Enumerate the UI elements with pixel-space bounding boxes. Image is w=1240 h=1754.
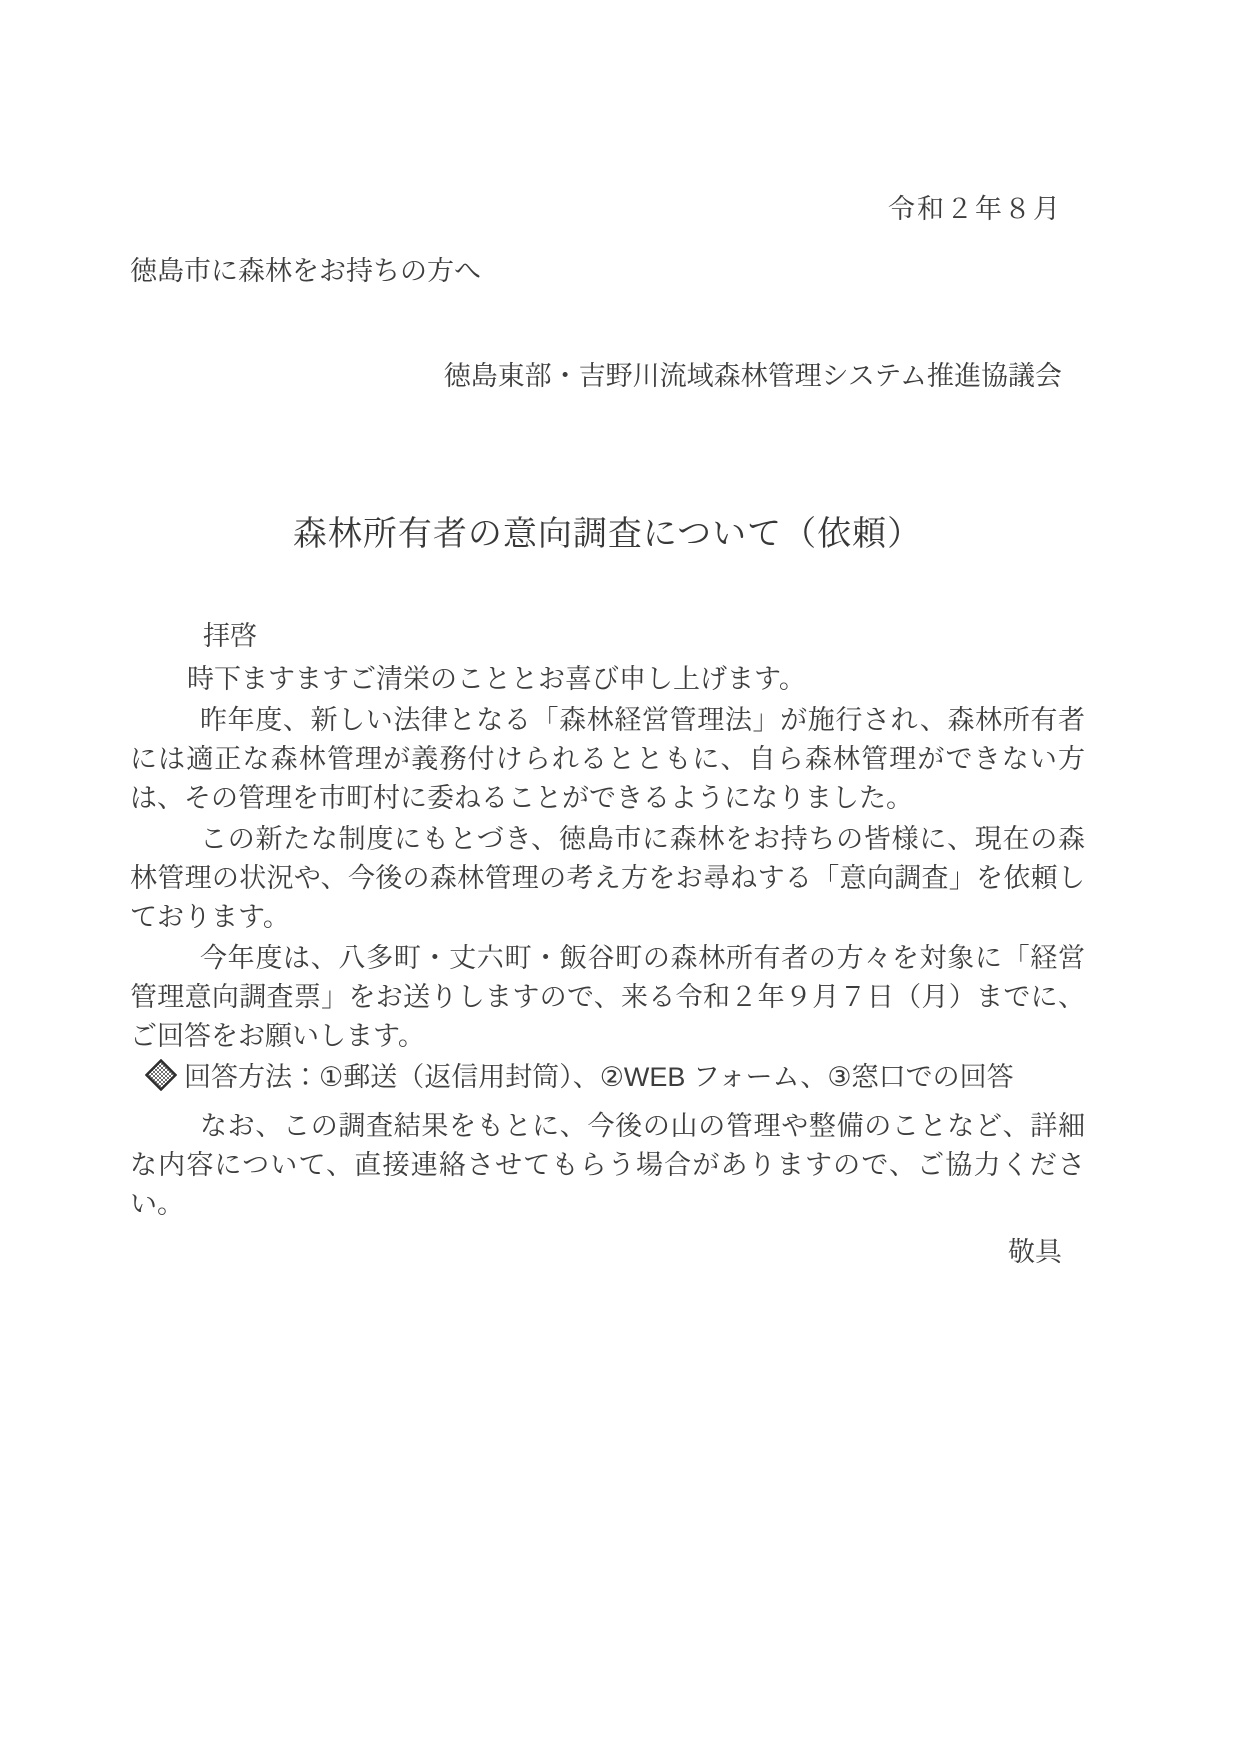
paragraph-survey-schedule: 今年度は、八多町・丈六町・飯谷町の森林所有者の方々を対象に「経営管理意向調査票」… — [130, 939, 1085, 1056]
addressee-line: 徳島市に森林をお持ちの方へ — [130, 252, 1085, 291]
sender-organization: 徳島東部・吉野川流域森林管理システム推進協議会 — [130, 357, 1085, 396]
paragraph-intention-survey: この新たな制度にもとづき、徳島市に森林をお持ちの皆様に、現在の森林管理の状況や、… — [130, 820, 1085, 937]
closing-word: 敬具 — [130, 1233, 1085, 1272]
diamond-bullet-icon — [145, 1058, 177, 1097]
salutation: 拝啓 — [130, 617, 1085, 656]
letter-page: 令和２年８月 徳島市に森林をお持ちの方へ 徳島東部・吉野川流域森林管理システム推… — [0, 0, 1240, 1754]
reply-methods-text: 回答方法：①郵送（返信用封筒）、②WEB フォーム、③窓口での回答 — [184, 1062, 1014, 1092]
paragraph-note: なお、この調査結果をもとに、今後の山の管理や整備のことなど、詳細な内容について、… — [130, 1107, 1085, 1224]
paragraph-forest-management-law: 昨年度、新しい法律となる「森林経営管理法」が施行され、森林所有者には適正な森林管… — [130, 701, 1085, 818]
greeting-paragraph: 時下ますますご清栄のこととお喜び申し上げます。 — [130, 660, 1085, 699]
reply-methods-line: 回答方法：①郵送（返信用封筒）、②WEB フォーム、③窓口での回答 — [130, 1058, 1085, 1097]
letter-title: 森林所有者の意向調査について（依頼） — [130, 510, 1085, 558]
date-line: 令和２年８月 — [130, 190, 1085, 229]
